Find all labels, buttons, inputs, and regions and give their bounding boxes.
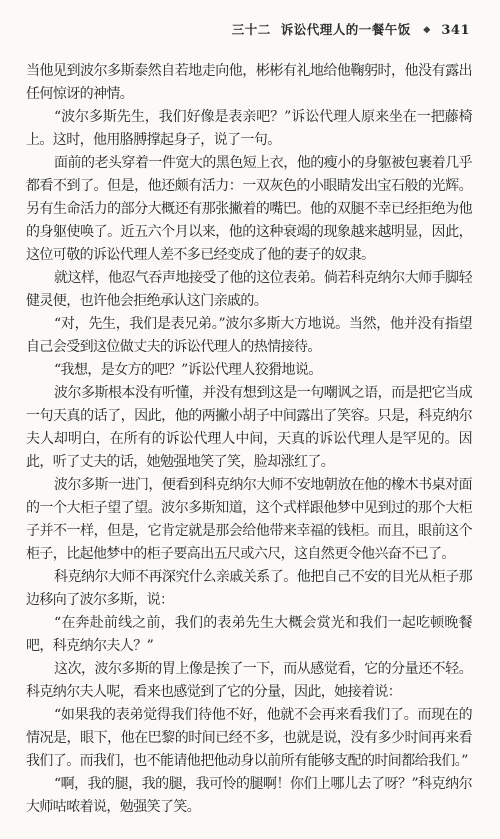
paragraph: 这次，波尔多斯的胃上像是挨了一下，而从感觉看，它的分量还不轻。科克纳尔夫人呢，看… — [26, 658, 472, 704]
paragraph: 波尔多斯根本没有听懂，并没有想到这是一句嘲讽之语，而是把它当成一句天真的话了，因… — [26, 382, 472, 474]
paragraph: “在奔赴前线之前，我们的表弟先生大概会赏光和我们一起吃顿晚餐吧，科克纳尔夫人？” — [26, 612, 472, 658]
running-header: 三十二诉讼代理人的一餐午饭❖341 — [0, 20, 500, 38]
page-body: 当他见到波尔多斯泰然自若地走向他，彬彬有礼地给他鞠躬时，他没有露出任何惊讶的神情… — [0, 60, 500, 819]
paragraph: 科克纳尔大师不再深究什么亲戚关系了。他把自己不安的目光从柜子那边移向了波尔多斯，… — [26, 566, 472, 612]
chapter-number: 三十二 — [232, 22, 271, 37]
diamond-separator-icon: ❖ — [423, 26, 432, 36]
paragraph: “如果我的表弟觉得我们待他不好，他就不会再来看我们了。而现在的情况是，眼下，他在… — [26, 704, 472, 773]
paragraph: 就这样，他忍气吞声地接受了他的这位表弟。倘若科克纳尔大师手脚轻健灵便，也许他会拒… — [26, 267, 472, 313]
page-number: 341 — [441, 23, 470, 38]
paragraph-continuation: 当他见到波尔多斯泰然自若地走向他，彬彬有礼地给他鞠躬时，他没有露出任何惊讶的神情… — [26, 60, 472, 106]
chapter-title: 诉讼代理人的一餐午饭 — [281, 22, 411, 37]
paragraph: “啊，我的腿，我的腿，我可怜的腿啊！你们上哪儿去了呀？”科克纳尔大师咕哝着说，勉… — [26, 773, 472, 819]
paragraph: “波尔多斯先生，我们好像是表亲吧？”诉讼代理人原来坐在一把藤椅上。这时，他用胳膊… — [26, 106, 472, 152]
paragraph: “我想，是女方的吧？”诉讼代理人狡猾地说。 — [26, 359, 472, 382]
paragraph: “对，先生，我们是表兄弟。”波尔多斯大方地说。当然，他并没有指望自己会受到这位做… — [26, 313, 472, 359]
book-page: 三十二诉讼代理人的一餐午饭❖341 当他见到波尔多斯泰然自若地走向他，彬彬有礼地… — [0, 0, 500, 839]
paragraph: 面前的老头穿着一件宽大的黑色短上衣，他的瘦小的身躯被包裹着几乎都看不到了。但是，… — [26, 152, 472, 267]
paragraph: 波尔多斯一进门，便看到科克纳尔大师不安地朝放在他的橡木书桌对面的一个大柜子望了望… — [26, 474, 472, 566]
